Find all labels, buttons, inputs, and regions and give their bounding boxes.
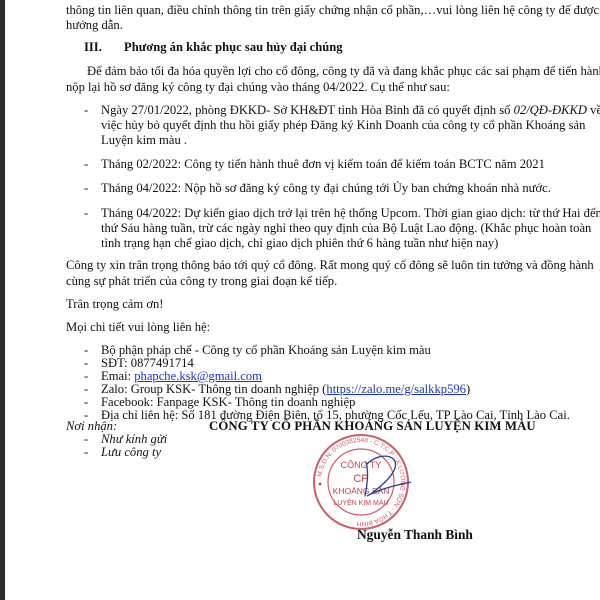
stamp-line-1: CÔNG TY <box>341 460 382 470</box>
document-page: thông tin liên quan, điều chỉnh thông ti… <box>5 0 600 600</box>
bullet-dash: - <box>84 206 88 221</box>
decision-number: 02/QĐ-ĐKKD <box>514 103 587 117</box>
intro-line-2: hướng dẫn. <box>66 18 123 33</box>
item-1-text: Ngày 27/01/2022, phòng ĐKKD- Sở KH&ĐT tỉ… <box>101 103 514 117</box>
item-1-text-end: về <box>587 103 600 117</box>
closing-line-2: cùng sự phát triển của công ty trong gia… <box>66 274 337 289</box>
bullet-dash: - <box>84 157 88 172</box>
item-4-line-2: thứ Sáu hàng tuần, trừ các ngày nghỉ the… <box>101 221 544 236</box>
zalo-link[interactable]: https://zalo.me/g/salkkp596 <box>326 382 466 396</box>
bullet-dash: - <box>84 445 88 460</box>
thanks-text: Trân trọng cảm ơn! <box>66 297 164 312</box>
intro-line-1: thông tin liên quan, điều chỉnh thông ti… <box>66 3 544 18</box>
recipient-item: Lưu công ty <box>101 445 161 460</box>
email-link[interactable]: phapche.ksk@gmail.com <box>134 369 262 383</box>
stamp-line-4: LUYỆN KIM MÀU <box>333 498 388 507</box>
item-3-line-1: Tháng 04/2022: Nộp hồ sơ đăng ký công ty… <box>101 181 551 196</box>
zalo-label: Zalo: Group KSK- Thông tin doanh nghiệp … <box>101 382 326 396</box>
company-stamp: M.S.D.N: 0700382548 - C.T.C.P - X.LƯƠNG … <box>311 432 411 532</box>
closing-line-1: Công ty xin trân trọng thông báo tới quý… <box>66 258 544 273</box>
email-label: Emai: <box>101 369 134 383</box>
item-1-line-2: việc hủy bỏ quyết định thu hồi giấy phép… <box>101 118 544 133</box>
item-1-line-3: Luyện kim màu . <box>101 133 187 148</box>
section-paragraph-line-2: nộp lại hồ sơ đăng ký công ty đại chúng … <box>66 80 450 95</box>
section-title: Phương án khắc phục sau hủy đại chúng <box>124 40 343 55</box>
signer-name: Nguyễn Thanh Bình <box>357 527 473 543</box>
stamp-line-2: CP <box>353 473 368 485</box>
section-number: III. <box>84 40 102 55</box>
contact-intro: Mọi chi tiết vui lòng liên hệ: <box>66 320 210 335</box>
bullet-dash: - <box>84 181 88 196</box>
item-4-line-3: tình trạng hạn chế giao dịch, chỉ giao d… <box>101 236 498 251</box>
zalo-close: ) <box>466 382 470 396</box>
bullet-dash: - <box>84 103 88 118</box>
section-paragraph-line-1: Để đảm bảo tối đa hóa quyền lợi cho cổ đ… <box>87 64 544 79</box>
item-1-line-1: Ngày 27/01/2022, phòng ĐKKD- Sở KH&ĐT tỉ… <box>101 103 544 118</box>
item-2-line-1: Tháng 02/2022: Công ty tiến hành thuê đơ… <box>101 157 545 172</box>
item-4-line-1: Tháng 04/2022: Dự kiến giao dịch trở lại… <box>101 206 544 221</box>
